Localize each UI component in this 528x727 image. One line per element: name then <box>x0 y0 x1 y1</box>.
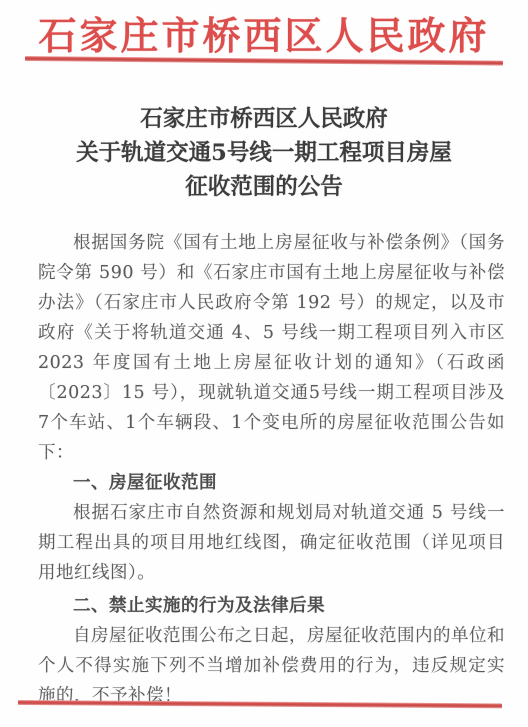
paragraph-legal-basis: 根据国务院《国有土地上房屋征收与补偿条例》（国务院令第 590 号）和《石家庄市… <box>38 228 505 468</box>
section-heading-prohibited-acts: 二、禁止实施的行为及法律后果 <box>38 591 505 621</box>
document-title-line-2: 关于轨道交通5号线一期工程项目房屋 <box>0 136 528 170</box>
document-title: 石家庄市桥西区人民政府 关于轨道交通5号线一期工程项目房屋 征收范围的公告 <box>0 102 528 204</box>
paragraph-prohibited-detail: 自房屋征收范围公布之日起，房屋征收范围内的单位和个人不得实施下列不当增加补偿费用… <box>38 621 505 711</box>
section-heading-expropriation-scope: 一、房屋征收范围 <box>38 468 505 498</box>
paragraph-scope-detail: 根据石家庄市自然资源和规划局对轨道交通 5 号线一期工程出具的项目用地红线图，确… <box>38 498 505 588</box>
document-page: 石家庄市桥西区人民政府 石家庄市桥西区人民政府 关于轨道交通5号线一期工程项目房… <box>0 0 528 727</box>
document-title-line-3: 征收范围的公告 <box>0 170 528 204</box>
document-body: 根据国务院《国有土地上房屋征收与补偿条例》（国务院令第 590 号）和《石家庄市… <box>38 228 505 711</box>
document-title-line-1: 石家庄市桥西区人民政府 <box>0 102 528 136</box>
letterhead-org-name: 石家庄市桥西区人民政府 <box>0 5 528 60</box>
